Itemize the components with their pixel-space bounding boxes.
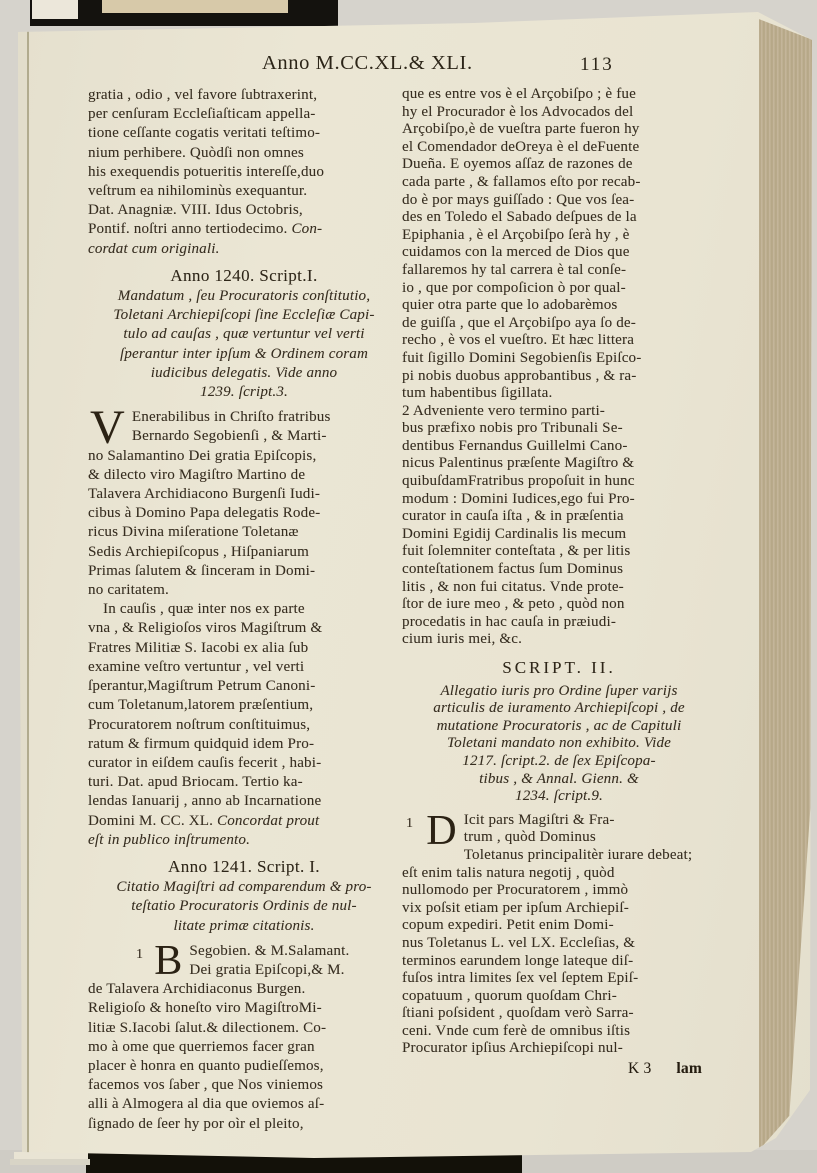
catchword: lam	[676, 1060, 702, 1078]
section-argument-1241: Citatio Magiſtri ad comparendum & pro- t…	[88, 878, 400, 936]
fore-edge-page-block	[758, 10, 812, 1150]
running-title: Anno M.CC.XL.& XLI.	[262, 52, 473, 75]
paragraph-que-es-entre: que es entre vos è el Arçobiſpo ; è fue …	[402, 86, 716, 403]
right-text-column: que es entre vos è el Arçobiſpo ; è fue …	[402, 86, 716, 1078]
page-edge-fragment-top	[32, 0, 78, 19]
drop-cap-v: V	[88, 408, 132, 446]
photo-of-book-page: { "colors": { "paper": "#e9e4d2", "ink":…	[0, 0, 817, 1173]
left-text-column: gratia , odio , vel favore ſubtraxerint,…	[88, 86, 400, 1134]
paragraph-continuation: gratia , odio , vel favore ſubtraxerint,…	[88, 86, 400, 259]
section-argument-script-2: Allegatio iuris pro Ordine ſuper varijs …	[402, 683, 716, 806]
paragraph-number: 1	[406, 812, 413, 833]
gutter-page-edge	[14, 10, 27, 1162]
book-edge-fragment-top	[102, 0, 288, 13]
signature-mark: K 3	[628, 1060, 651, 1078]
section-argument-1240: Mandatum , ſeu Procuratoris conſtitutio,…	[88, 287, 400, 402]
signature-and-catchword-row: K 3lam	[402, 1058, 716, 1078]
section-heading-script-2: SCRIPT. II.	[402, 659, 716, 677]
page-number: 113	[580, 54, 614, 76]
drop-cap-d: D	[424, 812, 464, 850]
paragraph-dicit-pars: 1DIcit pars Magiſtri & Fra- trum , quòd …	[402, 812, 716, 1058]
paragraph-adveniente: 2 Adveniente vero termino parti- bus præ…	[402, 403, 716, 649]
book-page: Anno M.CC.XL.& XLI. 113 gratia , odio , …	[14, 10, 814, 1162]
drop-cap-b: B	[152, 942, 189, 980]
page-edge-stack-bottom	[10, 1159, 90, 1165]
section-heading-1240: Anno 1240. Script.I.	[88, 266, 400, 285]
paragraph-segobien: 1BSegobien. & M.Salamant. Dei gratia Epi…	[88, 942, 400, 1134]
paragraph-venerabilibus: VEnerabilibus in Chriſto fratribus Berna…	[88, 408, 400, 600]
paragraph-in-causis: In cauſis , quæ inter nos ex parte vna ,…	[88, 600, 400, 850]
paragraph-number: 1	[136, 942, 143, 964]
section-heading-1241: Anno 1241. Script. I.	[88, 857, 400, 876]
gutter-fold-line	[27, 10, 29, 1162]
